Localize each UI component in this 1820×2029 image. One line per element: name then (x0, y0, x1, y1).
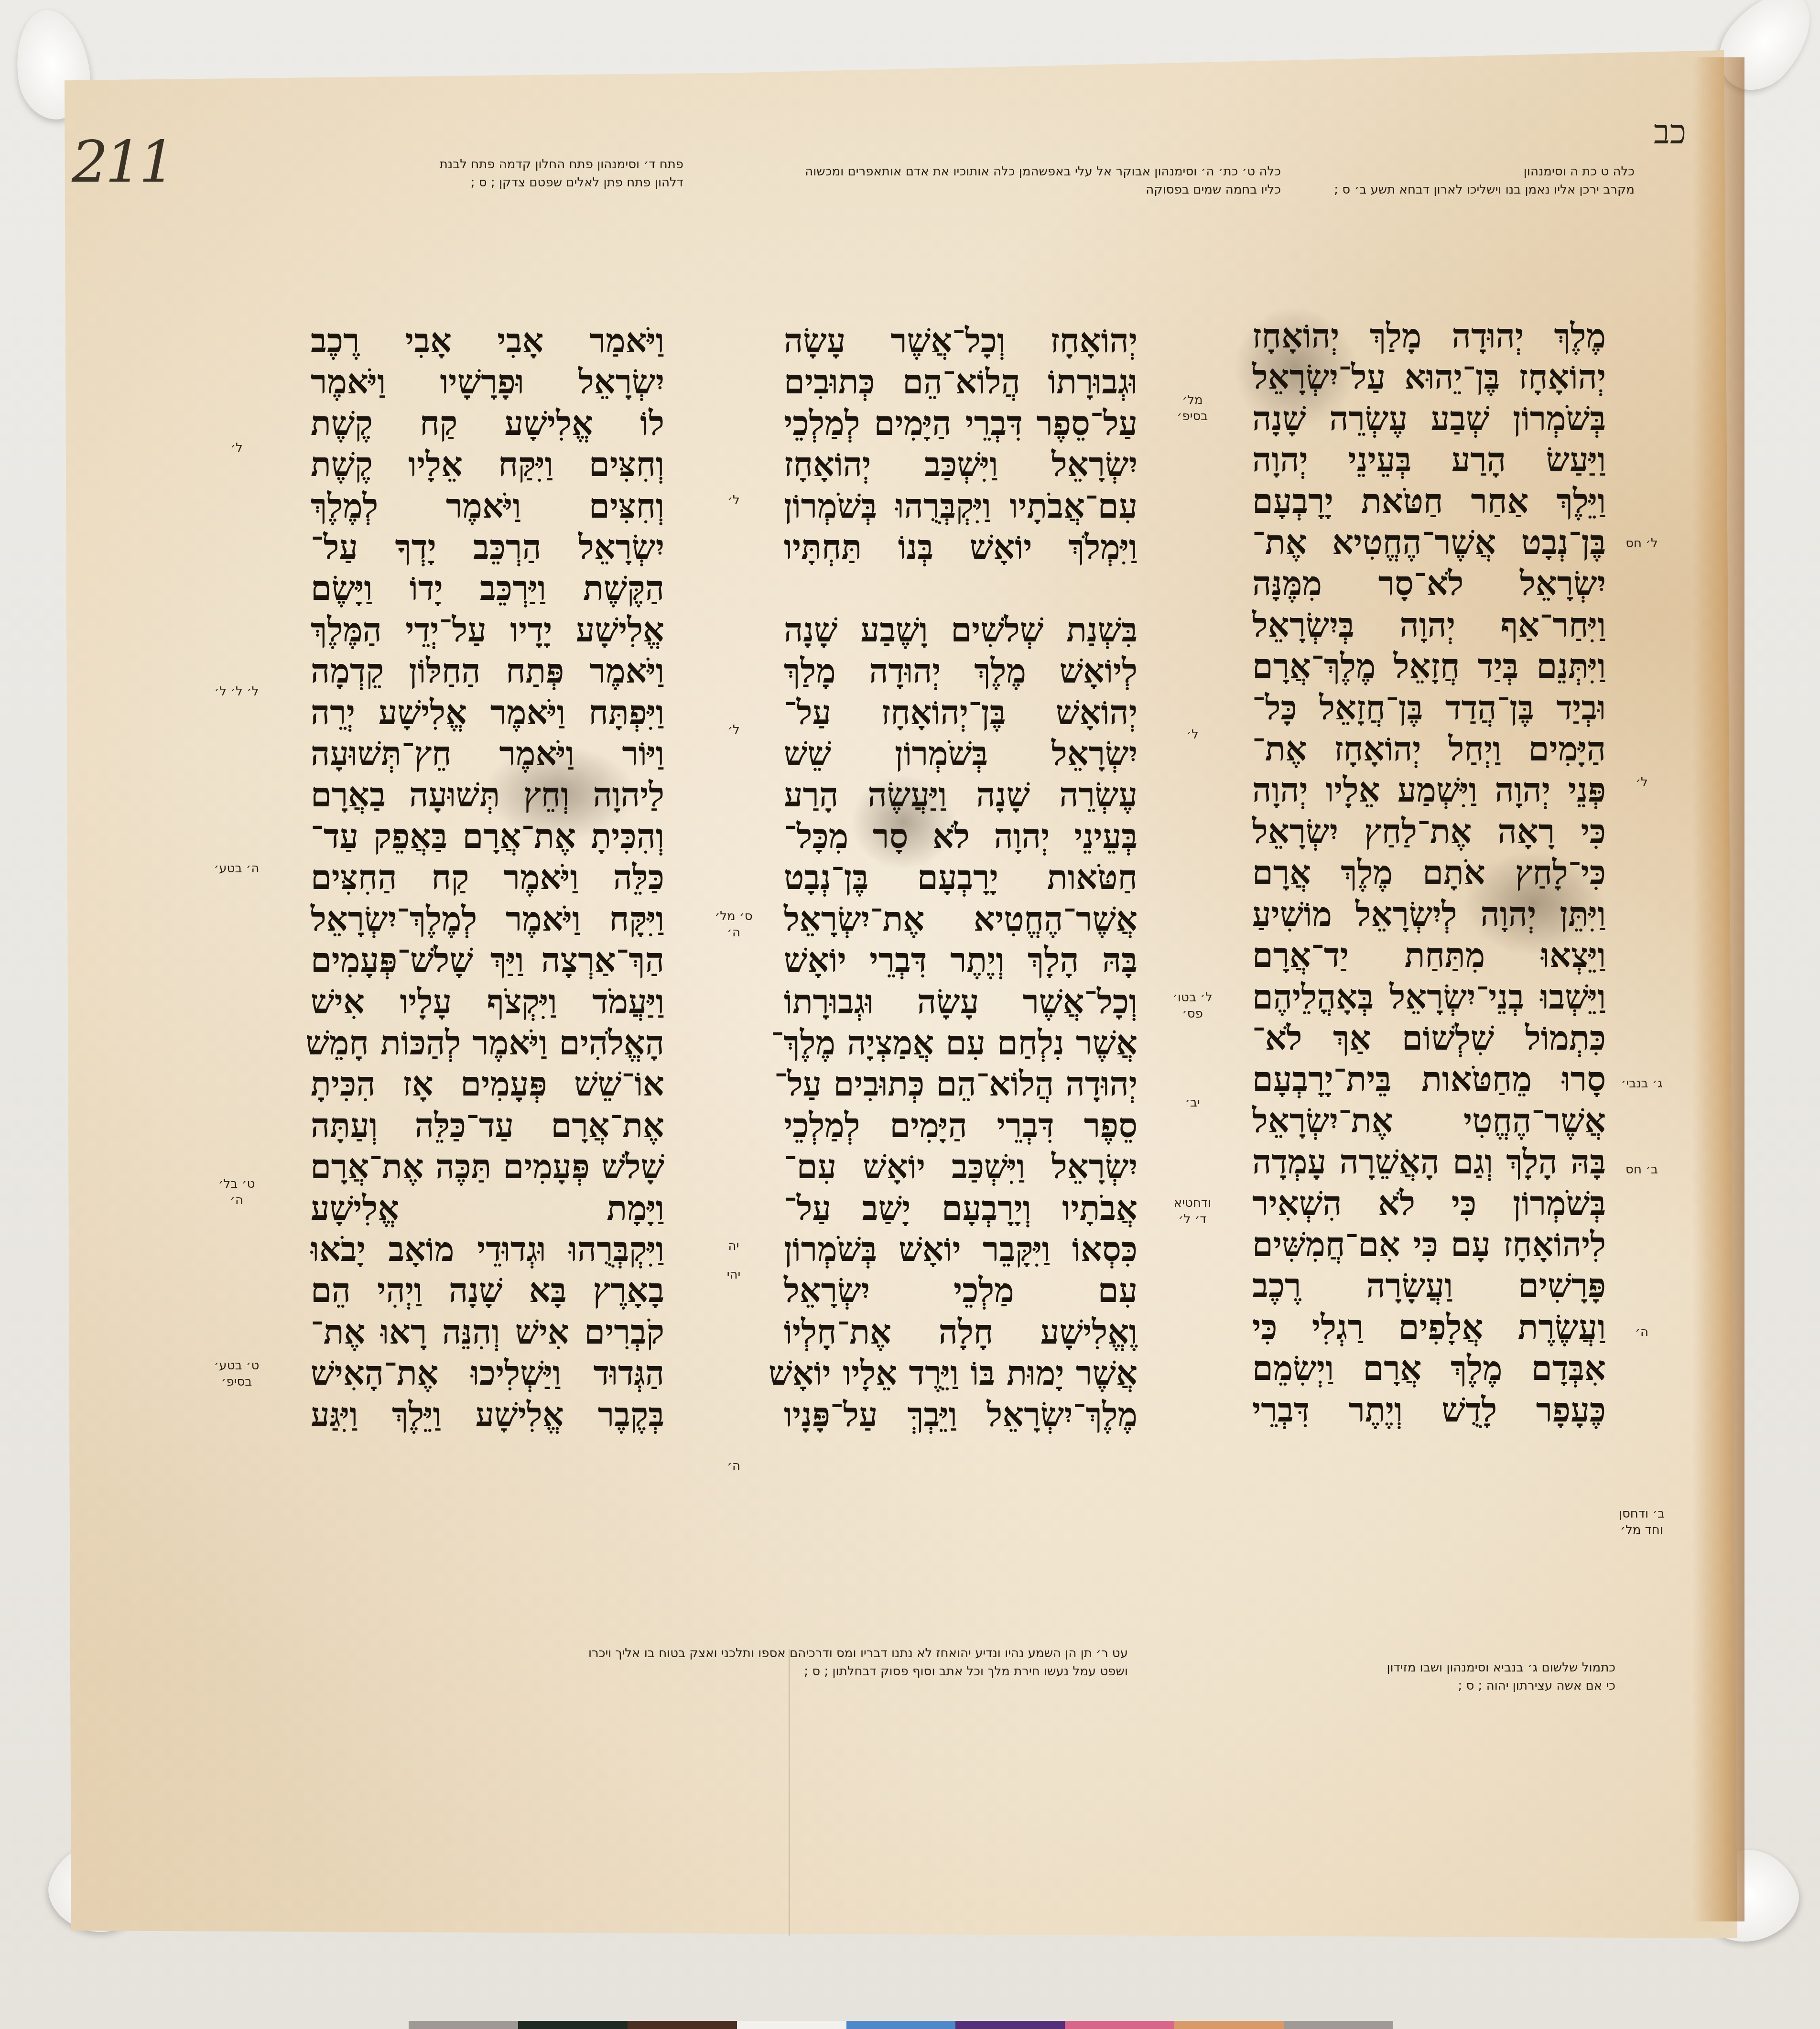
text-line: אֱלִישָׁע יָדָיו עַל־יְדֵי הַמֶּלֶךְ (311, 609, 664, 651)
color-swatch (1174, 2021, 1284, 2029)
marginal-note: ל׳ (1615, 774, 1668, 791)
text-line: בָּהּ הָלָךְ וְיֶתֶר דִּבְרֵי יוֹאָשׁ (784, 940, 1137, 981)
marginal-note: יב׳ (1166, 1095, 1219, 1111)
text-line: סֵפֶר דִּבְרֵי הַיָּמִים לְמַלְכֵי (784, 1105, 1137, 1146)
text-line: וַיֹּאמַר אָבִי אָבִי רֶכֶב (311, 320, 664, 361)
text-line: הַךְ־אַרְצָה וַיַּךְ שָׁלֹשׁ־פְּעָמִים (311, 940, 664, 981)
marginal-note: ודחטיא ד׳ ל׳ (1166, 1195, 1219, 1227)
text-line: יִשְׂרָאֵל בְּשֹׁמְרוֹן שֵׁשׁ (784, 733, 1137, 774)
text-line: לִיהוֹאָחָז עָם כִּי אִם־חֲמִשִּׁים (1252, 1224, 1606, 1265)
text-line: אִבְּדָם מֶלֶךְ אֲרָם וַיְשִׂמֵם (1252, 1348, 1606, 1389)
text-line: וַיִּקָּח וַיֹּאמֶר לְמֶלֶךְ־יִשְׂרָאֵל (311, 899, 664, 940)
text-line: עִם מַלְכֵי יִשְׂרָאֵל (784, 1270, 1137, 1311)
folio-number: 211 (72, 129, 173, 195)
text-line: הַיָּמִים וַיְחַל יְהוֹאָחָז אֶת־ (1252, 728, 1606, 770)
text-line: כִּסְאוֹ וַיִּקָּבֵר יוֹאָשׁ בְּשֹׁמְרוֹ… (784, 1229, 1137, 1270)
text-line: אוֹ־שֵׁשׁ פְּעָמִים אָז הִכִּיתָ (311, 1063, 664, 1105)
fold-line (789, 1649, 790, 1936)
text-line: וּגְבוּרָתוֹ הֲלוֹא־הֵם כְּתוּבִים (784, 361, 1137, 402)
masorah-line: כתמול שלשום ג׳ בנביא וסימנהון ושבו מזידו… (1243, 1659, 1615, 1677)
marginal-note: ל׳ ל׳ ל׳ (210, 684, 263, 700)
marginal-note: ל׳ (210, 440, 263, 456)
text-line: בְּשֹׁמְרוֹן כִּי לֹא הִשְׁאִיר (1252, 1183, 1606, 1224)
marginal-note: ל׳ חס (1615, 535, 1668, 552)
text-column-right: מֶלֶךְ יְהוּדָה מָלַךְ יְהוֹאָחָזיְהוֹאָ… (1252, 315, 1606, 1431)
text-line: וַיִּקְבְּרֻהוּ וּגְדוּדֵי מוֹאָב יָבֹאו… (311, 1229, 664, 1270)
marginal-note: ב׳ חס (1615, 1161, 1668, 1178)
text-line: שָׁלֹשׁ פְּעָמִים תַּכֶּה אֶת־אֲרָם (311, 1146, 664, 1187)
text-line: אֲשֶׁר־הֶחֱטִיא אֶת־יִשְׂרָאֵל (784, 899, 1137, 940)
marginal-note: ה׳ (1615, 1324, 1668, 1340)
color-swatch (1284, 2021, 1393, 2029)
text-line: כִּתְמוֹל שִׁלְשׁוֹם אַךְ לֹא־ (1252, 1018, 1606, 1059)
text-line: קֹבְרִים אִישׁ וְהִנֵּה רָאוּ אֶת־ (311, 1312, 664, 1353)
text-line: וְהִכִּיתָ אֶת־אֲרָם בַּאֲפֵק עַד־ (311, 816, 664, 857)
masorah-line: כי אם אשה עצירתון יהוה ; ס ; (1243, 1677, 1615, 1695)
marginal-note: ל׳ (707, 492, 760, 509)
text-line: וּבְיַד בֶּן־הֲדַד בֶּן־חֲזָאֵל כָּל־ (1252, 687, 1606, 728)
edge-stain (1692, 57, 1744, 1921)
text-line: וַיִּחַר־אַף יְהוָה בְּיִשְׂרָאֵל (1252, 605, 1606, 646)
marginal-note: יהי (707, 1267, 760, 1283)
text-line (784, 568, 1137, 609)
text-line: חַטֹּאות יָרָבְעָם בֶּן־נְבָט (784, 857, 1137, 898)
text-line: כֶּעָפָר לָדֻשׁ וְיֶתֶר דִּבְרֵי (1252, 1389, 1606, 1431)
text-line: הַגְּדוּד וַיַּשְׁלִיכוּ אֶת־הָאִישׁ (311, 1353, 664, 1394)
text-line: וְחִצִּים וַיִּקַּח אֵלָיו קֶשֶׁת (311, 444, 664, 485)
text-line: וַיֵּצְאוּ מִתַּחַת יַד־אֲרָם (1252, 935, 1606, 976)
marginal-note: ט׳ בטע׳ בסיפ׳ (210, 1357, 263, 1390)
masorah-top-center: כלה ט׳ כת׳ ה׳ וסימנהון אבוקר אל עלי באפש… (803, 163, 1281, 199)
text-line: בֶּן־נְבָט אֲשֶׁר־הֶחֱטִיא אֶת־ (1252, 522, 1606, 563)
marginal-note: מל׳ בסיפ׳ (1166, 392, 1219, 424)
text-line: כִּי רָאָה אֶת־לַחַץ יִשְׂרָאֵל (1252, 811, 1606, 852)
text-line: יִשְׂרָאֵל וַיִּשְׁכַּב יְהוֹאָחָז (784, 444, 1137, 485)
masorah-line: עט ר׳ תן הן השמע נהיו ונדיע יהואחז לא נת… (335, 1644, 1128, 1662)
masorah-bottom-right: כתמול שלשום ג׳ בנביא וסימנהון ושבו מזידו… (1243, 1659, 1615, 1695)
text-line: וַיֵּשְׁבוּ בְנֵי־יִשְׂרָאֵל בְּאָהֳלֵיה… (1252, 977, 1606, 1018)
marginal-note: ג׳ בנבי׳ (1615, 1075, 1668, 1092)
text-line: אֲבֹתָיו וְיָרָבְעָם יָשַׁב עַל־ (784, 1188, 1137, 1229)
color-swatch (518, 2021, 628, 2029)
marginal-note: ה׳ בטע׳ (210, 860, 263, 877)
text-line: יְהוּדָה הֲלוֹא־הֵם כְּתוּבִים עַל־ (784, 1063, 1137, 1105)
text-line: עַל־סֵפֶר דִּבְרֵי הַיָּמִים לְמַלְכֵי (784, 403, 1137, 444)
text-line: בְּקֶבֶר אֱלִישָׁע וַיֵּלֶךְ וַיִּגַּע (311, 1394, 664, 1435)
masorah-line: כלה ט׳ כת׳ ה׳ וסימנהון אבוקר אל עלי באפש… (803, 163, 1281, 199)
text-line: אֲשֶׁר יָמוּת בּוֹ וַיֵּרֶד אֵלָיו יוֹאָ… (784, 1353, 1137, 1394)
color-swatch (628, 2021, 737, 2029)
text-line: יְהוֹאָשׁ בֶּן־יְהוֹאָחָז עַל־ (784, 692, 1137, 733)
quire-mark: כב (1654, 112, 1686, 152)
text-line: יִשְׂרָאֵל וַיִּשְׁכַּב יוֹאָשׁ עִם־ (784, 1146, 1137, 1187)
marginal-note: ט׳ בל׳ ה׳ (210, 1176, 263, 1208)
color-swatch (1065, 2021, 1174, 2029)
masorah-line: פתח ד׳ וסימנהון פתח החלון קדמה פתח לבנת (330, 155, 683, 174)
text-column-middle: יְהוֹאָחָז וְכָל־אֲשֶׁר עָשָׂהוּגְבוּרָת… (784, 320, 1137, 1435)
text-line: וַיַּעַשׂ הָרַע בְּעֵינֵי יְהוָה (1252, 439, 1606, 480)
text-line: אֶת־אֲרָם עַד־כַּלֵּה וְעַתָּה (311, 1105, 664, 1146)
text-line: וַיֵּלֶךְ אַחַר חַטֹּאת יָרָבְעָם (1252, 481, 1606, 522)
color-swatch (409, 2021, 518, 2029)
text-line: לַיהוָה וְחֵץ תְּשׁוּעָה בַאֲרָם (311, 774, 664, 815)
text-line: יְהוֹאָחָז וְכָל־אֲשֶׁר עָשָׂה (784, 320, 1137, 361)
color-swatch (737, 2021, 846, 2029)
text-line: וֶאֱלִישָׁע חָלָה אֶת־חָלְיוֹ (784, 1312, 1137, 1353)
text-line: כִּי־לָחַץ אֹתָם מֶלֶךְ אֲרָם (1252, 852, 1606, 893)
marginal-note: ס׳ מל׳ ה׳ (707, 908, 760, 941)
text-line: יִשְׂרָאֵל לֹא־סָר מִמֶּנָּה (1252, 563, 1606, 604)
text-line: מֶלֶךְ יְהוּדָה מָלַךְ יְהוֹאָחָז (1252, 315, 1606, 357)
text-line: הָאֱלֹהִים וַיֹּאמֶר לְהַכּוֹת חָמֵשׁ (311, 1022, 664, 1063)
masorah-top-left: פתח ד׳ וסימנהון פתח החלון קדמה פתח לבנת … (330, 155, 683, 192)
text-line: יְהוֹאָחָז בֶּן־יֵהוּא עַל־יִשְׂרָאֵל (1252, 357, 1606, 398)
text-line: בָאָרֶץ בָּא שָׁנָה וַיְהִי הֵם (311, 1270, 664, 1311)
text-line: בְּשֹׁמְרוֹן שְׁבַע עֶשְׂרֵה שָׁנָה (1252, 398, 1606, 439)
text-line: הַקֶּשֶׁת וַיַּרְכֵּב יָדוֹ וַיָּשֶׂם (311, 568, 664, 609)
text-line: מֶלֶךְ־יִשְׂרָאֵל וַיֵּבְךְּ עַל־פָּנָיו (784, 1394, 1137, 1435)
masorah-line: כלה ט כת ה וסימנהון (1290, 163, 1635, 181)
marginal-note: ל׳ (1166, 727, 1219, 743)
text-line: וַיִּתֵּן יְהוָה לְיִשְׂרָאֵל מוֹשִׁיעַ (1252, 894, 1606, 935)
marginal-note: ל׳ (707, 722, 760, 738)
text-line: אֲשֶׁר נִלְחַם עִם אֲמַצְיָה מֶלֶךְ־ (784, 1022, 1137, 1063)
text-line: פָּרָשִׁים וַעֲשָׂרָה רֶכֶב (1252, 1265, 1606, 1306)
text-line: וַיּוֹר וַיֹּאמֶר חֵץ־תְּשׁוּעָה (311, 733, 664, 774)
text-line: בְּעֵינֵי יְהוָה לֹא סָר מִכָּל־ (784, 816, 1137, 857)
color-calibration-bar (409, 2021, 1393, 2029)
marginal-note: ב׳ ודחסן וחד מל׳ (1615, 1506, 1668, 1538)
text-line: וַיִּמְלֹךְ יוֹאָשׁ בְּנוֹ תַּחְתָּיו (784, 527, 1137, 568)
text-line: בָּהּ הָלָךְ וְגַם הָאֲשֵׁרָה עָמְדָה (1252, 1141, 1606, 1183)
marginal-note: יה (707, 1238, 760, 1254)
text-line: וַעֲשֶׂרֶת אֲלָפִים רַגְלִי כִּי (1252, 1307, 1606, 1348)
text-line: פְּנֵי יְהוָה וַיִּשְׁמַע אֵלָיו יְהוָה (1252, 770, 1606, 811)
text-line: יִשְׂרָאֵל הַרְכֵּב יָדְךָ עַל־ (311, 527, 664, 568)
text-line: וְכָל־אֲשֶׁר עָשָׂה וּגְבוּרָתוֹ (784, 981, 1137, 1022)
marginal-note: ל׳ בטו׳ פס׳ (1166, 989, 1219, 1022)
text-column-left: וַיֹּאמַר אָבִי אָבִי רֶכֶביִשְׂרָאֵל וּ… (311, 320, 664, 1435)
text-line: סָרוּ מֵחַטֹּאות בֵּית־יָרָבְעָם (1252, 1059, 1606, 1100)
masorah-line: ושפט עמל נעשו חירת מלך וכל אתב וסוף פסוק… (335, 1662, 1128, 1681)
text-line: וַיִּפְתָּח וַיֹּאמֶר אֱלִישָׁע יְרֵה (311, 692, 664, 733)
marginal-note: ה׳ (707, 1458, 760, 1474)
text-line: וַיַּעֲמֹד וַיִּקְצֹף עָלָיו אִישׁ (311, 981, 664, 1022)
text-line: לוֹ אֱלִישָׁע קַח קֶשֶׁת (311, 403, 664, 444)
color-swatch (955, 2021, 1065, 2029)
text-line: לְיוֹאָשׁ מֶלֶךְ יְהוּדָה מָלַךְ (784, 651, 1137, 692)
masorah-bottom-left: עט ר׳ תן הן השמע נהיו ונדיע יהואחז לא נת… (335, 1644, 1128, 1681)
text-line: וַיָּמָת אֱלִישָׁע (311, 1188, 664, 1229)
masorah-top-right: כלה ט כת ה וסימנהון מקרב ירכן אליו נאמן … (1290, 163, 1635, 199)
masorah-line: מקרב ירכן אליו נאמן בנו וישליכו לארון דב… (1290, 181, 1635, 199)
text-line: יִשְׂרָאֵל וּפָרָשָׁיו וַיֹּאמֶר (311, 361, 664, 402)
color-swatch (846, 2021, 956, 2029)
text-line: וְחִצִּים וַיֹּאמֶר לְמֶלֶךְ (311, 486, 664, 527)
text-line: עֶשְׂרֵה שָׁנָה וַיַּעֲשֶׂה הָרַע (784, 774, 1137, 815)
masorah-line: דלהון פתח פתן לאלים שפטם צדקן ; ס ; (330, 174, 683, 192)
text-line: אֲשֶׁר־הֶחֱטִי אֶת־יִשְׂרָאֵל (1252, 1100, 1606, 1141)
text-line: בִּשְׁנַת שְׁלֹשִׁים וָשֶׁבַע שָׁנָה (784, 609, 1137, 651)
text-line: כַּלֵּה וַיֹּאמֶר קַח הַחִצִּים (311, 857, 664, 898)
text-line: וַיִּתְּנֵם בְּיַד חֲזָאֵל מֶלֶךְ־אֲרָם (1252, 646, 1606, 687)
text-line: עִם־אֲבֹתָיו וַיִּקְבְּרֻהוּ בְּשֹׁמְרוֹ… (784, 486, 1137, 527)
text-line: וַיֹּאמֶר פְּתַח הַחַלּוֹן קֵדְמָה (311, 651, 664, 692)
